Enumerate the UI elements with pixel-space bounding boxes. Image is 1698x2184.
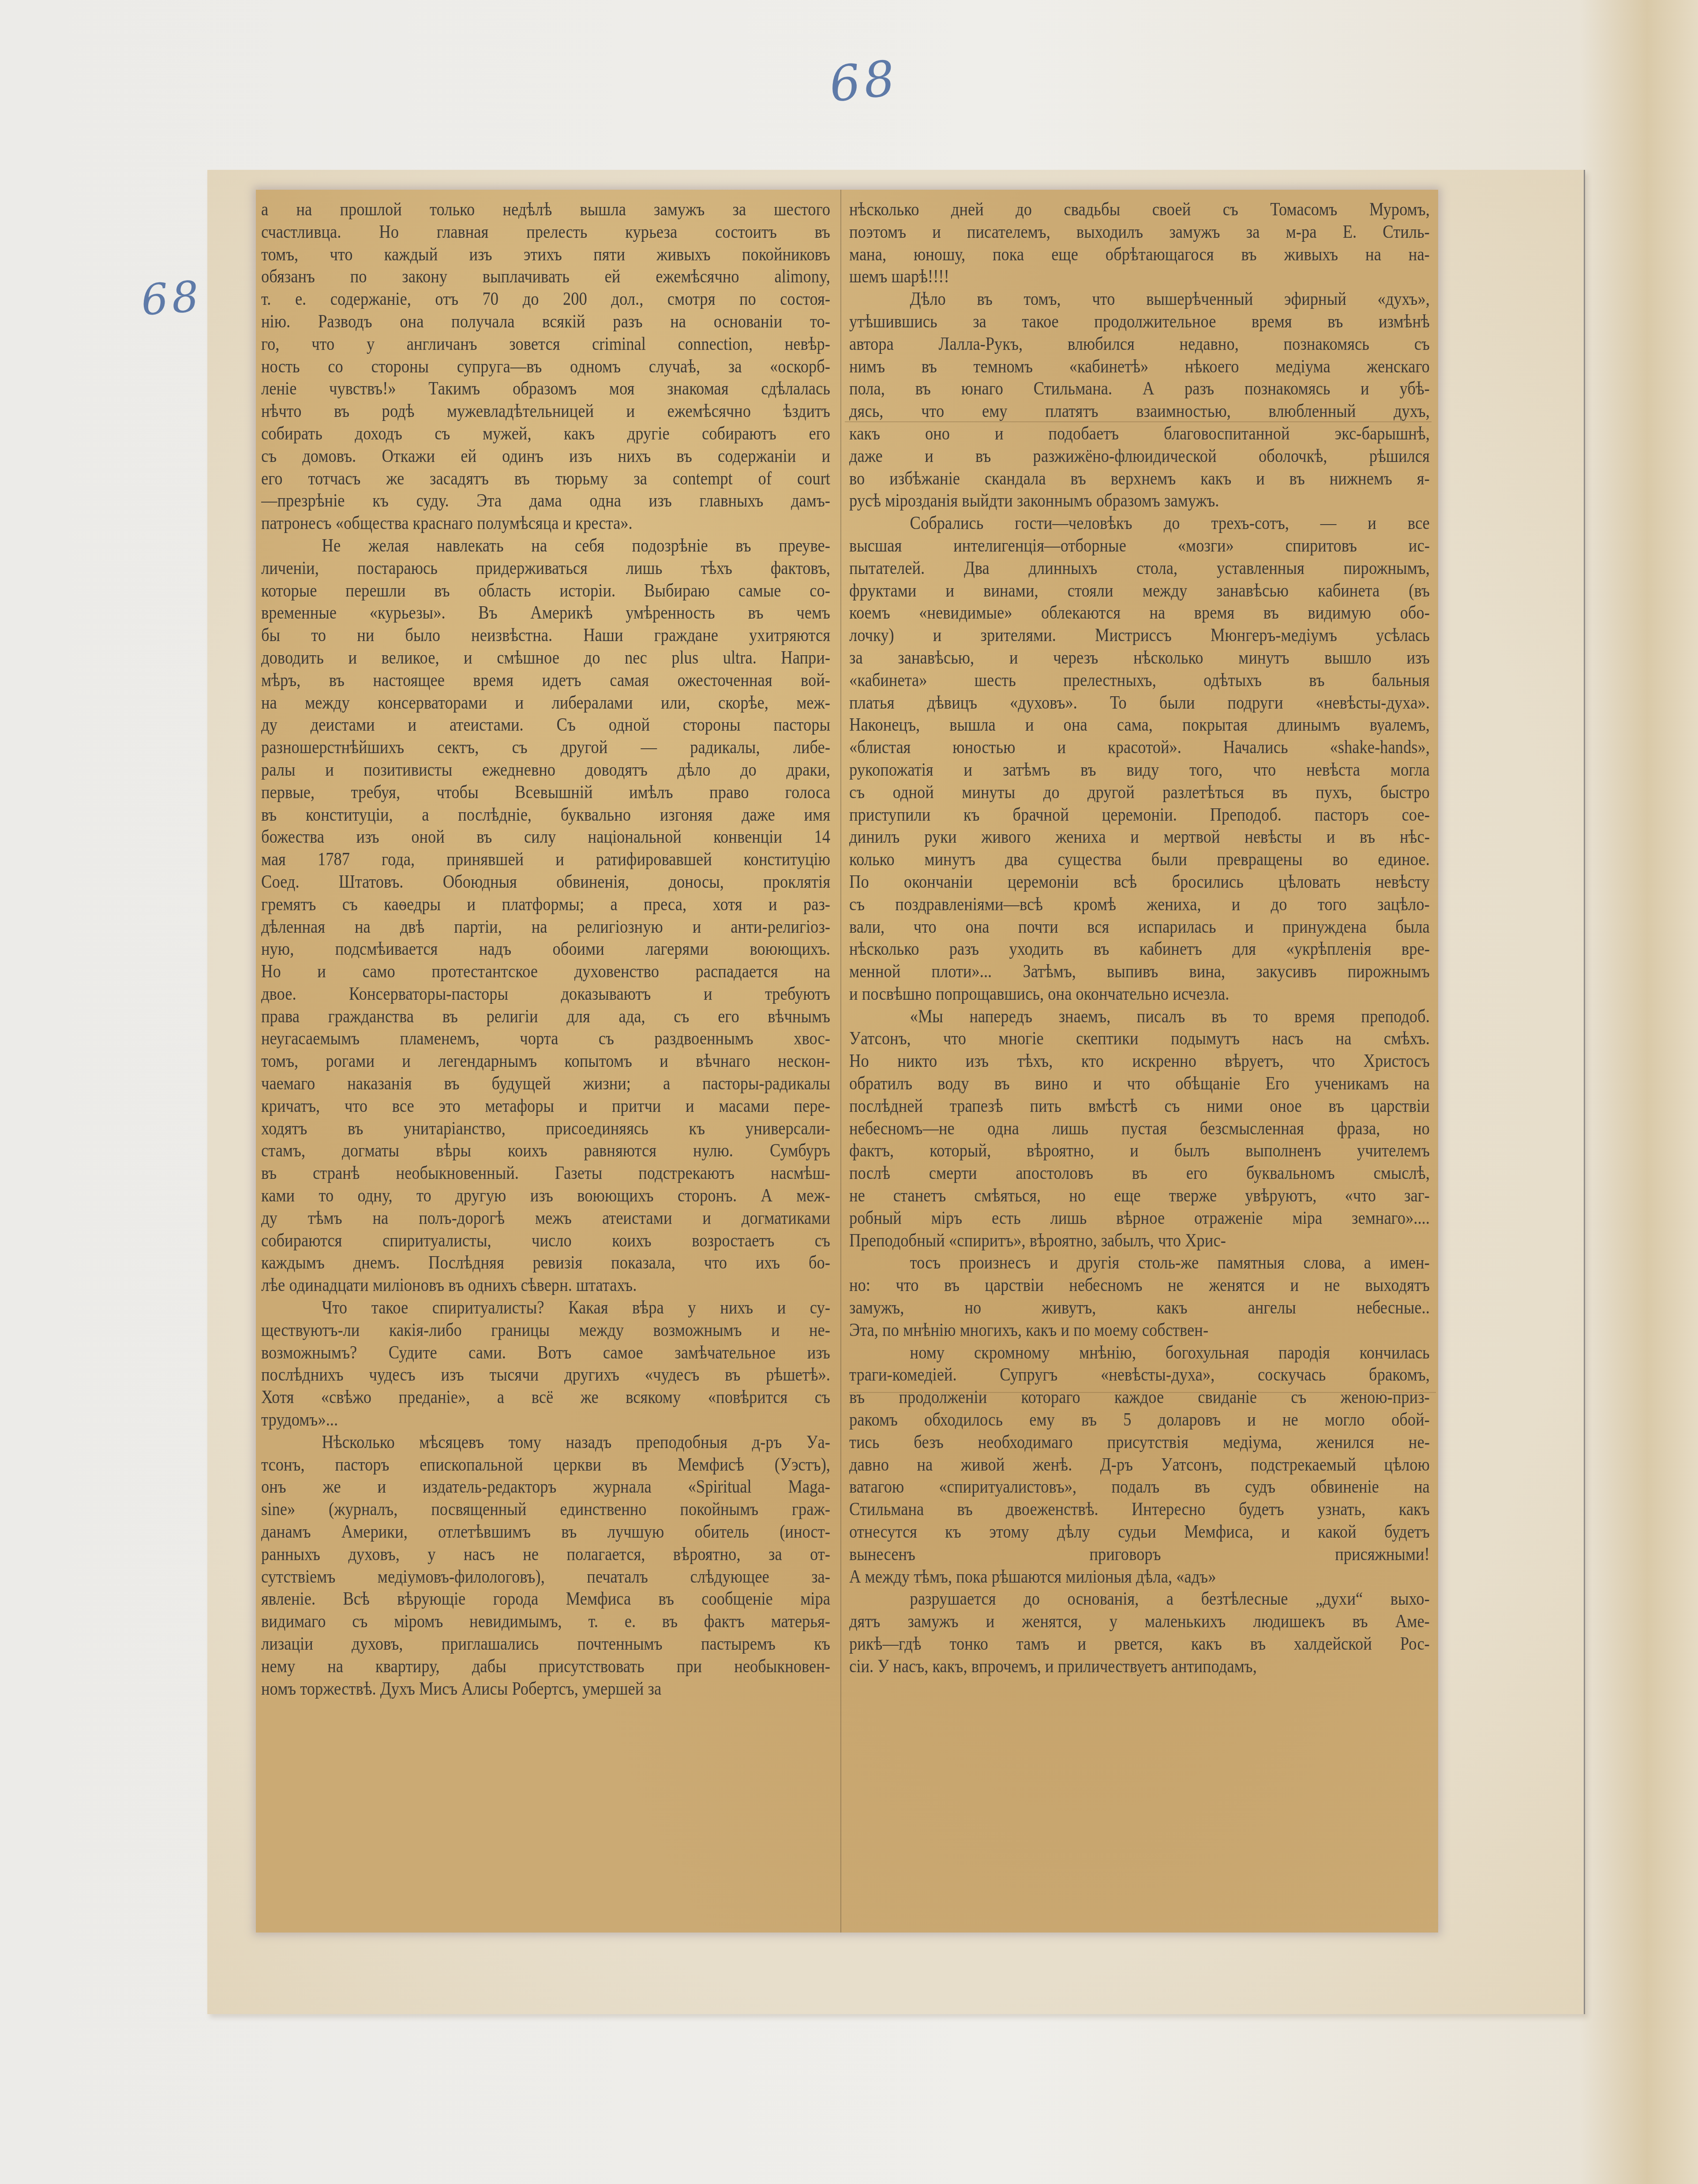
text-line: явленіе. Всѣ вѣрующіе города Мемфиса въ … <box>261 1588 830 1610</box>
text-line: дясь, что ему платятъ взаимностью, влюбл… <box>849 400 1430 423</box>
text-line: послѣдней трапезѣ пить вмѣстѣ съ ними он… <box>849 1095 1430 1118</box>
text-line: не станетъ смѣяться, но еще тверже увѣру… <box>849 1185 1430 1207</box>
text-line: нѣсколько дней до свадьбы своей съ Томас… <box>849 199 1430 221</box>
text-line: нѣсколько разъ уходить въ кабинетъ для «… <box>849 938 1430 961</box>
text-line: видимаго съ міромъ невидимымъ, т. е. въ … <box>261 1610 830 1633</box>
text-line: ками то одну, то другую изъ воюющихъ сто… <box>261 1185 830 1207</box>
text-line: двое. Консерваторы-пасторы доказываютъ и… <box>261 983 830 1006</box>
text-line: собирать доходъ съ мужей, какъ другіе со… <box>261 423 830 445</box>
text-line: но: что въ царствіи небесномъ не женятся… <box>849 1274 1430 1297</box>
text-line: ду тѣмъ на полъ-дорогѣ межъ атеистами и … <box>261 1207 830 1230</box>
text-line: разношерстнѣйшихъ сектъ, съ другой — рад… <box>261 736 830 759</box>
text-line: его тотчасъ же засадятъ въ тюрьму за con… <box>261 468 830 490</box>
text-line: послѣ смерти апостоловъ въ его буквально… <box>849 1162 1430 1185</box>
text-line: По окончаніи церемоніи всѣ бросились цѣл… <box>849 871 1430 893</box>
text-line: т. е. содержаніе, отъ 70 до 200 дол., см… <box>261 288 830 311</box>
text-line: томъ, что каждый изъ этихъ пяти живыхъ п… <box>261 244 830 266</box>
text-line: мая 1787 года, принявшей и ратифировавше… <box>261 848 830 871</box>
text-line: sine» (журналъ, посвященный единственно … <box>261 1498 830 1521</box>
page-number-left-margin: 68 <box>139 271 204 325</box>
text-line: гремятъ съ каѳедры и платформы; а преса,… <box>261 893 830 916</box>
text-line: —презрѣніе къ суду. Эта дама одна изъ гл… <box>261 490 830 512</box>
text-line: стамъ, догматы вѣры коихъ равняются нулю… <box>261 1140 830 1162</box>
text-line: и посвѣшно попрощавшись, она окончательн… <box>849 983 1430 1006</box>
text-line: рукопожатія и затѣмъ въ виду того, что н… <box>849 759 1430 781</box>
text-line: возможнымъ? Судите сами. Вотъ самое замѣ… <box>261 1342 830 1364</box>
text-line: лѣе одинадцати миліоновъ въ однихъ сѣвер… <box>261 1274 830 1297</box>
text-line: которые перешли въ область исторіи. Выби… <box>261 580 830 602</box>
text-line: обязанъ по закону выплачивать ей ежемѣся… <box>261 266 830 288</box>
text-line: тосъ произнесъ и другія столь-же памятны… <box>849 1252 1430 1274</box>
text-line: личеніи, постараюсь придерживаться лишь … <box>261 557 830 580</box>
text-line: неугасаемымъ пламенемъ, чорта съ раздвое… <box>261 1028 830 1050</box>
text-line: чаемаго наказанія въ будущей жизни; а па… <box>261 1073 830 1095</box>
text-line: лизаціи духовъ, приглашались почтеннымъ … <box>261 1633 830 1655</box>
text-line: мана, юношу, пока еще обрѣтающагося въ ж… <box>849 244 1430 266</box>
text-line: сіи. У насъ, какъ, впрочемъ, и приличест… <box>849 1655 1430 1678</box>
text-line: вынесенъ приговоръ присяжными! <box>849 1543 1430 1566</box>
page-number-top: 68 <box>827 49 901 113</box>
text-line: ватагою «спиритуалистовъ», подалъ въ суд… <box>849 1476 1430 1498</box>
text-line: фруктами и винами, стояли между занавѣсь… <box>849 580 1430 602</box>
text-line: менной плоти»... Затѣмъ, выпивъ вина, за… <box>849 961 1430 983</box>
text-line: за занавѣсью, и черезъ нѣсколько минутъ … <box>849 647 1430 669</box>
text-line: во избѣжаніе скандала въ верхнемъ какъ и… <box>849 468 1430 490</box>
text-line: вали, что она почти вся испарилась и при… <box>849 916 1430 938</box>
text-line: на между консерваторами и либералами или… <box>261 692 830 714</box>
text-line: «кабинета» шесть прелестныхъ, одѣтыхъ въ… <box>849 669 1430 692</box>
text-line: а на прошлой только недѣлѣ вышла замужъ … <box>261 199 830 221</box>
text-line: каждымъ днемъ. Послѣдняя ревизія показал… <box>261 1252 830 1274</box>
text-line: тись безъ необходимаго присутствія медіу… <box>849 1431 1430 1454</box>
text-line: въ продолженіи котораго каждое свиданіе … <box>849 1386 1430 1409</box>
text-line: дѣленная на двѣ партіи, на религіозную и… <box>261 916 830 938</box>
text-line: Преподобный «спиритъ», вѣроятно, забылъ,… <box>849 1230 1430 1252</box>
text-line: небесномъ—не одна лишь пустая безсмыслен… <box>849 1118 1430 1140</box>
text-line: колько минутъ два существа были превраще… <box>849 848 1430 871</box>
text-line: Дѣло въ томъ, что вышерѣченный эфирный «… <box>849 288 1430 311</box>
text-line: высшая интелигенція—отборные «мозги» спи… <box>849 535 1430 557</box>
text-line: томъ, рогами и легендарнымъ копытомъ и в… <box>261 1050 830 1073</box>
column-left: а на прошлой только недѣлѣ вышла замужъ … <box>261 199 830 1700</box>
text-line: сутствіемъ медіумовъ-филологовъ), печата… <box>261 1566 830 1588</box>
text-line: ракомъ обходилось ему въ 5 доларовъ и не… <box>849 1409 1430 1431</box>
text-line: Наконецъ, вышла и она сама, покрытая дли… <box>849 714 1430 736</box>
text-line: ную, подсмѣивается надъ обоими лагерями … <box>261 938 830 961</box>
text-line: Хотя «свѣжо преданіе», а всё же всякому … <box>261 1386 830 1409</box>
text-line: въ конституціи, а послѣдніе, буквально и… <box>261 804 830 826</box>
text-line: временные «курьезы». Въ Америкѣ умѣренно… <box>261 602 830 624</box>
text-line: обратилъ воду въ вино и что обѣщаніе Его… <box>849 1073 1430 1095</box>
text-line: доводить и великое, и смѣшное до nec plu… <box>261 647 830 669</box>
text-line: отнесутся къ этому дѣлу судьи Мемфиса, и… <box>849 1521 1430 1543</box>
text-line: Соед. Штатовъ. Обоюдныя обвиненія, донос… <box>261 871 830 893</box>
text-line: трудомъ»... <box>261 1409 830 1431</box>
text-line: онъ же и издатель-редакторъ журнала «Spi… <box>261 1476 830 1498</box>
text-line: русѣ мірозданія выйдти законнымъ образом… <box>849 490 1430 512</box>
text-line: Собрались гости—человѣкъ до трехъ-сотъ, … <box>849 512 1430 535</box>
text-line: съ домовъ. Откажи ей одинъ изъ нихъ въ с… <box>261 445 830 468</box>
text-line: разрушается до основанія, а безтѣлесные … <box>849 1588 1430 1610</box>
text-line: послѣднихъ чудесъ изъ тысячи другихъ «чу… <box>261 1364 830 1386</box>
text-line: божества изъ оной въ силу національной к… <box>261 826 830 848</box>
text-line: нію. Разводъ она получала всякій разъ на… <box>261 311 830 333</box>
text-line: патронесъ «общества краснаго полумѣсяца … <box>261 512 830 535</box>
text-line: рикѣ—гдѣ тонко тамъ и рвется, какъ въ ха… <box>849 1633 1430 1655</box>
text-line: замужъ, но живутъ, какъ ангелы небесные.… <box>849 1297 1430 1319</box>
text-line: Эта, по мнѣнію многихъ, какъ и по моему … <box>849 1319 1430 1342</box>
text-line: нему на квартиру, дабы присутствовать пр… <box>261 1655 830 1678</box>
text-line: кричатъ, что все это метафоры и притчи и… <box>261 1095 830 1118</box>
column-divider <box>840 190 841 1933</box>
text-line: давно на живой женѣ. Д-ръ Уатсонъ, подст… <box>849 1454 1430 1476</box>
text-line: ному скромному мнѣнію, богохульная парод… <box>849 1342 1430 1364</box>
text-line: «блистая юностью и красотой». Начались «… <box>849 736 1430 759</box>
text-line: первые, требуя, чтобы Всевышній имѣлъ пр… <box>261 781 830 804</box>
text-line: мѣръ, въ настоящее время идетъ самая оже… <box>261 669 830 692</box>
text-line: приступили къ брачной церемоніи. Преподо… <box>849 804 1430 826</box>
text-line: «Мы напередъ знаемъ, писалъ въ то время … <box>849 1006 1430 1028</box>
text-line: траги-комедіей. Супругъ «невѣсты-духа», … <box>849 1364 1430 1386</box>
text-line: ралы и позитивисты ежедневно доводятъ дѣ… <box>261 759 830 781</box>
text-line: леніе чувствъ!» Такимъ образомъ моя знак… <box>261 378 830 400</box>
text-line: А между тѣмъ, пока рѣшаются миліоныя дѣл… <box>849 1566 1430 1588</box>
text-line: права гражданства въ религіи для ада, съ… <box>261 1006 830 1028</box>
text-line: счастливца. Но главная прелесть курьеза … <box>261 221 830 244</box>
text-line: фактъ, который, вѣроятно, и былъ выполне… <box>849 1140 1430 1162</box>
text-line: данамъ Америки, отлетѣвшимъ въ лучшую об… <box>261 1521 830 1543</box>
text-line: пытателей. Два длинныхъ стола, уставленн… <box>849 557 1430 580</box>
text-line: робный міръ есть лишь вѣрное отраженіе м… <box>849 1207 1430 1230</box>
text-line: пола, въ юнаго Стильмана. А разъ познако… <box>849 378 1430 400</box>
text-line: динилъ руки живого жениха и мертвой невѣ… <box>849 826 1430 848</box>
text-line: Стильмана въ двоеженствѣ. Интересно буде… <box>849 1498 1430 1521</box>
text-line: нѣчто въ родѣ мужевладѣтельницей и ежемѣ… <box>261 400 830 423</box>
text-line: утѣшившись за такое продолжительное врем… <box>849 311 1430 333</box>
text-line: дятъ замужъ и женятся, у маленькихъ люди… <box>849 1610 1430 1633</box>
text-line: Не желая навлекать на себя подозрѣніе въ… <box>261 535 830 557</box>
text-line: автора Лалла-Рукъ, влюбился недавно, поз… <box>849 333 1430 356</box>
text-line: Нѣсколько мѣсяцевъ тому назадъ преподобн… <box>261 1431 830 1454</box>
text-line: ность со стороны супруга—въ одномъ случа… <box>261 356 830 378</box>
text-line: номъ торжествѣ. Духъ Мисъ Алисы Робертсъ… <box>261 1678 830 1700</box>
text-line: коемъ «невидимые» облекаются на время въ… <box>849 602 1430 624</box>
text-line: Уатсонъ, что многіе скептики подымутъ на… <box>849 1028 1430 1050</box>
text-line: бы то ни было неизвѣстна. Наши граждане … <box>261 624 830 647</box>
text-line: собираются спиритуалисты, число коихъ во… <box>261 1230 830 1252</box>
text-line: съ поздравленіями—всѣ кромѣ жениха, и до… <box>849 893 1430 916</box>
text-line: какъ оно и подобаетъ благовоспитанной эк… <box>849 423 1430 445</box>
text-line: лочку) и зрителями. Мистриссъ Мюнгеръ-ме… <box>849 624 1430 647</box>
text-line: шемъ шарѣ!!!! <box>849 266 1430 288</box>
column-right: нѣсколько дней до свадьбы своей съ Томас… <box>849 199 1430 1678</box>
newspaper-clipping: а на прошлой только недѣлѣ вышла замужъ … <box>256 190 1438 1933</box>
text-line: платья дѣвицъ «духовъ». То были подруги … <box>849 692 1430 714</box>
text-line: поэтомъ и писателемъ, выходилъ замужъ за… <box>849 221 1430 244</box>
text-line: Но никто изъ тѣхъ, кто искренно вѣруетъ,… <box>849 1050 1430 1073</box>
text-line: ществуютъ-ли какія-либо границы между во… <box>261 1319 830 1342</box>
text-line: съ одной минуты до другой разлетѣться въ… <box>849 781 1430 804</box>
text-line: го, что у англичанъ зовется criminal con… <box>261 333 830 356</box>
text-line: ранныхъ духовъ, у насъ не полагается, вѣ… <box>261 1543 830 1566</box>
text-line: Но и само протестантское духовенство рас… <box>261 961 830 983</box>
text-line: въ странѣ необыкновенный. Газеты подстре… <box>261 1162 830 1185</box>
text-line: даже и въ разжижёно-флюидической оболочк… <box>849 445 1430 468</box>
text-line: Что такое спиритуалисты? Какая вѣра у ни… <box>261 1297 830 1319</box>
text-line: нимъ въ темномъ «кабинетѣ» нѣкоего медіу… <box>849 356 1430 378</box>
text-line: ду деистами и атеистами. Съ одной сторон… <box>261 714 830 736</box>
text-line: ходятъ въ унитаріанство, присоединяясь к… <box>261 1118 830 1140</box>
text-line: тсонъ, пасторъ епископальной церкви въ М… <box>261 1454 830 1476</box>
